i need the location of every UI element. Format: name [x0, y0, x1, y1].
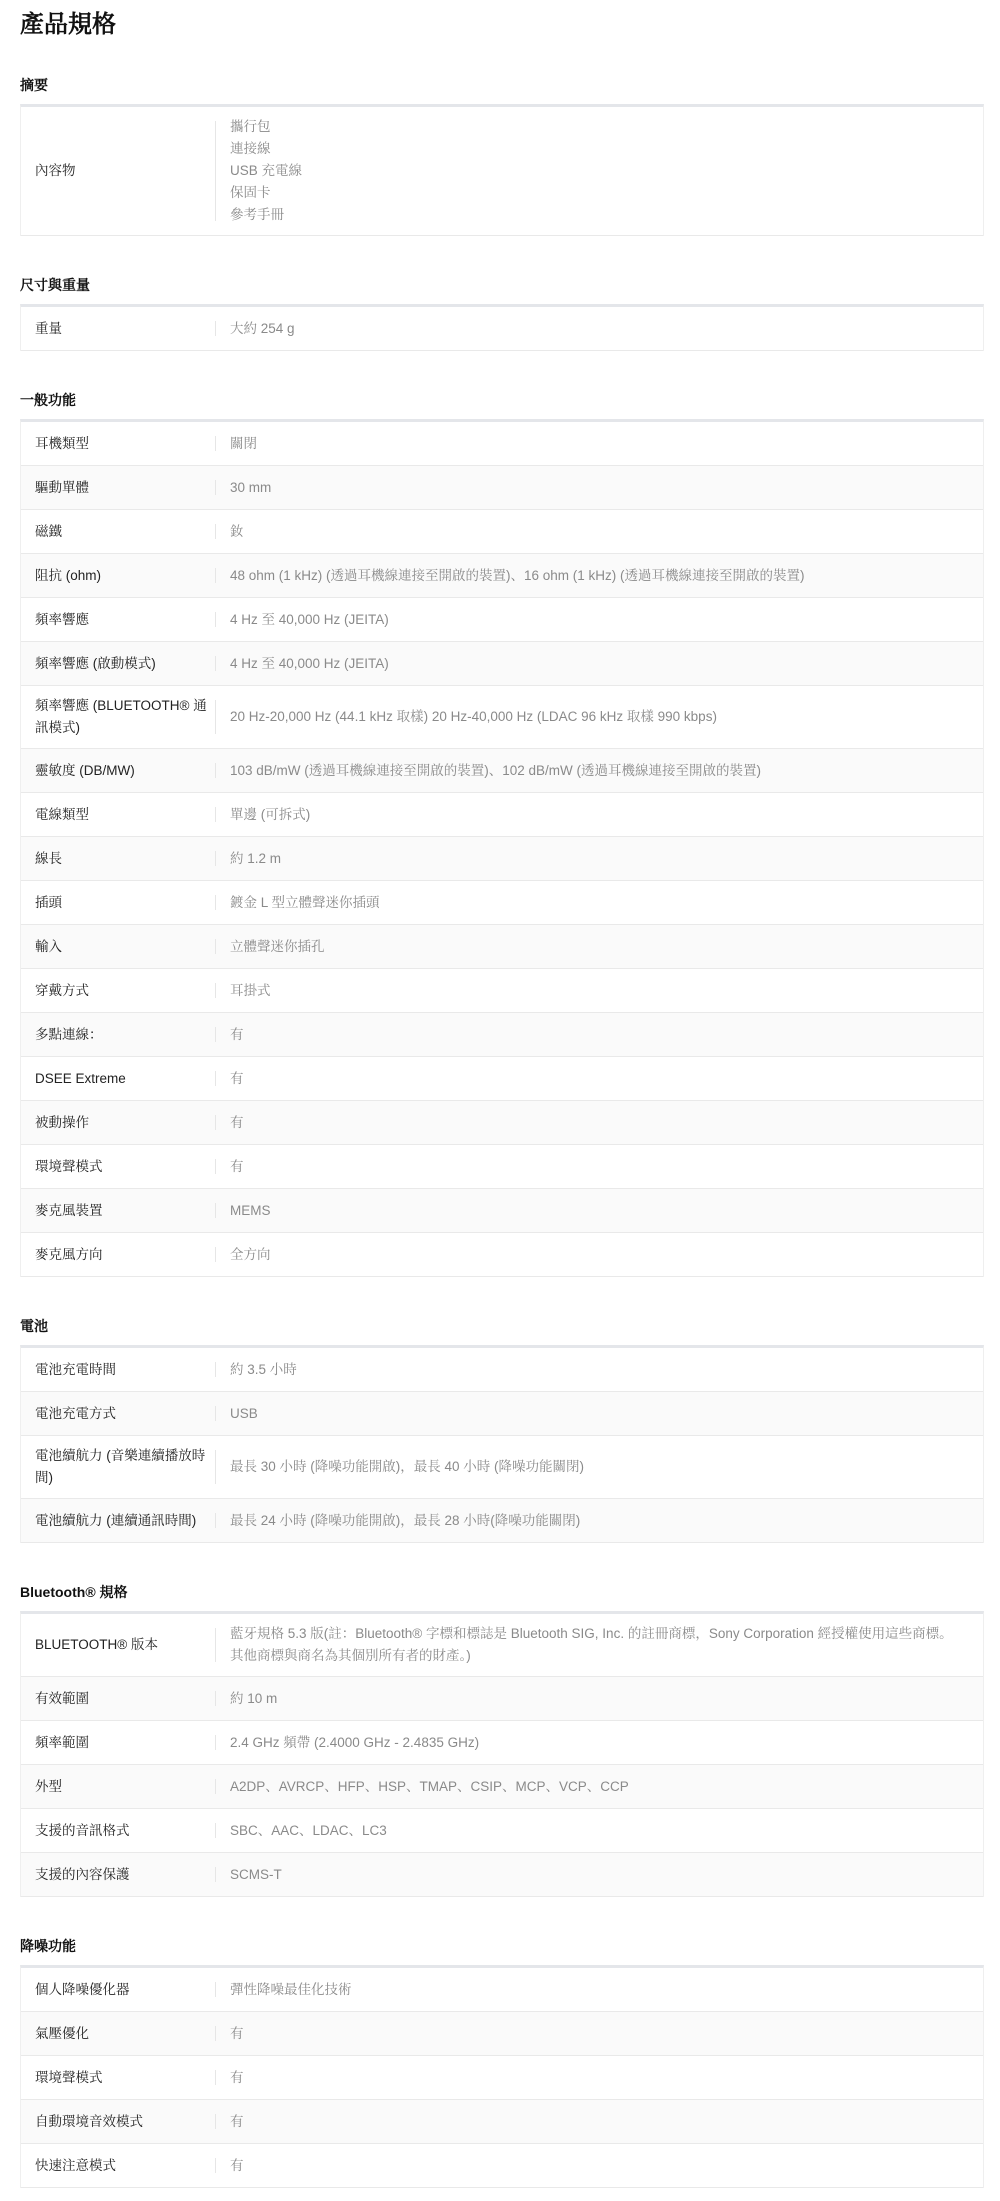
spec-row: 插頭 鍍金 L 型立體聲迷你插頭	[21, 881, 983, 925]
spec-label: 頻率響應 (BLUETOOTH® 通訊模式)	[21, 686, 215, 748]
spec-row: 環境聲模式 有	[21, 2056, 983, 2100]
spec-value: 單邊 (可拆式)	[216, 795, 983, 835]
spec-value: USB	[216, 1394, 983, 1434]
spec-value: 鍍金 L 型立體聲迷你插頭	[216, 883, 983, 923]
spec-value-line: 單邊 (可拆式)	[230, 804, 963, 826]
spec-row: 重量 大約 254 g	[21, 307, 983, 351]
spec-table: 內容物 攜行包連接線USB 充電線保固卡參考手冊	[20, 104, 984, 236]
section-title: Bluetooth® 規格	[20, 1583, 982, 1601]
spec-value: MEMS	[216, 1191, 983, 1231]
spec-row: 個人降噪優化器 彈性降噪最佳化技術	[21, 1968, 983, 2012]
spec-value-line: 約 3.5 小時	[230, 1359, 963, 1381]
spec-row: 被動操作 有	[21, 1101, 983, 1145]
spec-label: 有效範圍	[21, 1679, 215, 1719]
spec-label: 被動操作	[21, 1103, 215, 1143]
spec-value-line: 有	[230, 2023, 963, 2045]
spec-row: 電池充電時間 約 3.5 小時	[21, 1348, 983, 1392]
spec-label: 輸入	[21, 927, 215, 967]
spec-label: 耳機類型	[21, 424, 215, 464]
spec-value: 有	[216, 1147, 983, 1187]
spec-value: 最長 24 小時 (降噪功能開啟)，最長 28 小時(降噪功能關閉)	[216, 1501, 983, 1541]
spec-value-line: USB 充電線	[230, 160, 963, 182]
spec-value-line: A2DP、AVRCP、HFP、HSP、TMAP、CSIP、MCP、VCP、CCP	[230, 1776, 963, 1798]
spec-value: 立體聲迷你插孔	[216, 927, 983, 967]
spec-row: 線長 約 1.2 m	[21, 837, 983, 881]
spec-value-line: 約 1.2 m	[230, 848, 963, 870]
spec-label: 麥克風方向	[21, 1235, 215, 1275]
page-title: 產品規格	[20, 0, 982, 40]
spec-table: BLUETOOTH® 版本 藍牙規格 5.3 版(註：Bluetooth® 字標…	[20, 1611, 984, 1897]
spec-value: 藍牙規格 5.3 版(註：Bluetooth® 字標和標誌是 Bluetooth…	[216, 1614, 983, 1676]
spec-row: 穿戴方式 耳掛式	[21, 969, 983, 1013]
spec-section-3: 電池 電池充電時間 約 3.5 小時 電池充電方式 USB 電池續航力 (音樂連…	[20, 1317, 982, 1543]
spec-label: 內容物	[21, 151, 215, 191]
spec-row: 快速注意模式 有	[21, 2144, 983, 2188]
spec-value: 2.4 GHz 頻帶 (2.4000 GHz - 2.4835 GHz)	[216, 1723, 983, 1763]
spec-section-4: Bluetooth® 規格 BLUETOOTH® 版本 藍牙規格 5.3 版(註…	[20, 1583, 982, 1897]
spec-value-line: 有	[230, 2067, 963, 2089]
spec-row: 驅動單體 30 mm	[21, 466, 983, 510]
spec-value: 約 10 m	[216, 1679, 983, 1719]
spec-label: DSEE Extreme	[21, 1059, 215, 1099]
spec-value: SBC、AAC、LDAC、LC3	[216, 1811, 983, 1851]
spec-value-line: 有	[230, 2111, 963, 2133]
spec-label: 靈敏度 (DB/MW)	[21, 751, 215, 791]
spec-sections: 摘要 內容物 攜行包連接線USB 充電線保固卡參考手冊 尺寸與重量 重量 大約 …	[20, 76, 982, 2188]
spec-label: 驅動單體	[21, 468, 215, 508]
spec-value-line: 釹	[230, 521, 963, 543]
spec-label: 重量	[21, 309, 215, 349]
spec-value: 約 3.5 小時	[216, 1350, 983, 1390]
spec-row: 頻率響應 4 Hz 至 40,000 Hz (JEITA)	[21, 598, 983, 642]
spec-label: 自動環境音效模式	[21, 2102, 215, 2142]
spec-section-0: 摘要 內容物 攜行包連接線USB 充電線保固卡參考手冊	[20, 76, 982, 236]
spec-row: 頻率響應 (啟動模式) 4 Hz 至 40,000 Hz (JEITA)	[21, 642, 983, 686]
spec-value-line: 立體聲迷你插孔	[230, 936, 963, 958]
spec-value: 約 1.2 m	[216, 839, 983, 879]
spec-label: 線長	[21, 839, 215, 879]
spec-value: 有	[216, 1059, 983, 1099]
section-title: 摘要	[20, 76, 982, 94]
spec-row: 阻抗 (ohm) 48 ohm (1 kHz) (透過耳機線連接至開啟的裝置)、…	[21, 554, 983, 598]
spec-label: 支援的音訊格式	[21, 1811, 215, 1851]
spec-page: 產品規格 摘要 內容物 攜行包連接線USB 充電線保固卡參考手冊 尺寸與重量 重…	[0, 0, 1000, 2188]
spec-row: BLUETOOTH® 版本 藍牙規格 5.3 版(註：Bluetooth® 字標…	[21, 1614, 983, 1677]
spec-table: 電池充電時間 約 3.5 小時 電池充電方式 USB 電池續航力 (音樂連續播放…	[20, 1345, 984, 1543]
spec-value-line: 有	[230, 1156, 963, 1178]
spec-value-line: 大約 254 g	[230, 318, 963, 340]
spec-label: BLUETOOTH® 版本	[21, 1625, 215, 1665]
spec-section-1: 尺寸與重量 重量 大約 254 g	[20, 276, 982, 351]
spec-value-line: 攜行包	[230, 116, 963, 138]
spec-value-line: 30 mm	[230, 477, 963, 499]
spec-value-line: USB	[230, 1403, 963, 1425]
spec-value: 有	[216, 2102, 983, 2142]
spec-value: 48 ohm (1 kHz) (透過耳機線連接至開啟的裝置)、16 ohm (1…	[216, 556, 983, 596]
spec-value-line: 鍍金 L 型立體聲迷你插頭	[230, 892, 963, 914]
spec-value: 全方向	[216, 1235, 983, 1275]
spec-value: SCMS-T	[216, 1855, 983, 1895]
spec-value-line: 有	[230, 1024, 963, 1046]
spec-row: 耳機類型 關閉	[21, 422, 983, 466]
spec-row: 支援的音訊格式 SBC、AAC、LDAC、LC3	[21, 1809, 983, 1853]
spec-value: 4 Hz 至 40,000 Hz (JEITA)	[216, 644, 983, 684]
section-title: 一般功能	[20, 391, 982, 409]
spec-label: 頻率範圍	[21, 1723, 215, 1763]
spec-value-line: 參考手冊	[230, 204, 963, 226]
spec-row: 輸入 立體聲迷你插孔	[21, 925, 983, 969]
spec-label: 穿戴方式	[21, 971, 215, 1011]
spec-label: 環境聲模式	[21, 1147, 215, 1187]
spec-row: 氣壓優化 有	[21, 2012, 983, 2056]
spec-value-line: 4 Hz 至 40,000 Hz (JEITA)	[230, 609, 963, 631]
spec-value: 4 Hz 至 40,000 Hz (JEITA)	[216, 600, 983, 640]
spec-row: 頻率響應 (BLUETOOTH® 通訊模式) 20 Hz-20,000 Hz (…	[21, 686, 983, 749]
spec-row: 支援的內容保護 SCMS-T	[21, 1853, 983, 1897]
spec-value-line: 最長 30 小時 (降噪功能開啟)，最長 40 小時 (降噪功能關閉)	[230, 1456, 963, 1478]
spec-label: 電池續航力 (連續通訊時間)	[21, 1501, 215, 1541]
spec-value: 彈性降噪最佳化技術	[216, 1970, 983, 2010]
spec-value: 關閉	[216, 424, 983, 464]
spec-label: 阻抗 (ohm)	[21, 556, 215, 596]
spec-row: 磁鐵 釹	[21, 510, 983, 554]
section-title: 降噪功能	[20, 1937, 982, 1955]
spec-value-line: 有	[230, 1068, 963, 1090]
spec-value-line: 彈性降噪最佳化技術	[230, 1979, 963, 2001]
section-title: 電池	[20, 1317, 982, 1335]
spec-value: 有	[216, 2014, 983, 2054]
spec-label: 多點連線：	[21, 1015, 215, 1055]
spec-value: 有	[216, 2058, 983, 2098]
spec-label: 頻率響應 (啟動模式)	[21, 644, 215, 684]
spec-value: 有	[216, 1015, 983, 1055]
spec-value-line: 關閉	[230, 433, 963, 455]
spec-section-5: 降噪功能 個人降噪優化器 彈性降噪最佳化技術 氣壓優化 有 環境聲模式 有 自動…	[20, 1937, 982, 2188]
spec-label: 磁鐵	[21, 512, 215, 552]
spec-row: 多點連線： 有	[21, 1013, 983, 1057]
spec-row: 麥克風方向 全方向	[21, 1233, 983, 1277]
spec-label: 電池充電時間	[21, 1350, 215, 1390]
spec-value-line: 保固卡	[230, 182, 963, 204]
spec-value-line: 最長 24 小時 (降噪功能開啟)，最長 28 小時(降噪功能關閉)	[230, 1510, 963, 1532]
spec-value-line: 有	[230, 1112, 963, 1134]
spec-value-line: 藍牙規格 5.3 版(註：Bluetooth® 字標和標誌是 Bluetooth…	[230, 1623, 963, 1667]
spec-value: 最長 30 小時 (降噪功能開啟)，最長 40 小時 (降噪功能關閉)	[216, 1447, 983, 1487]
spec-value: 耳掛式	[216, 971, 983, 1011]
spec-row: DSEE Extreme 有	[21, 1057, 983, 1101]
spec-row: 有效範圍 約 10 m	[21, 1677, 983, 1721]
spec-value-line: 48 ohm (1 kHz) (透過耳機線連接至開啟的裝置)、16 ohm (1…	[230, 565, 963, 587]
spec-table: 耳機類型 關閉 驅動單體 30 mm 磁鐵 釹 阻抗 (ohm) 48 ohm …	[20, 419, 984, 1277]
spec-label: 個人降噪優化器	[21, 1970, 215, 2010]
spec-value: 大約 254 g	[216, 309, 983, 349]
spec-value-line: SCMS-T	[230, 1864, 963, 1886]
spec-label: 氣壓優化	[21, 2014, 215, 2054]
spec-value: 20 Hz-20,000 Hz (44.1 kHz 取樣) 20 Hz-40,0…	[216, 697, 983, 737]
spec-value: 有	[216, 2146, 983, 2186]
section-title: 尺寸與重量	[20, 276, 982, 294]
spec-value: A2DP、AVRCP、HFP、HSP、TMAP、CSIP、MCP、VCP、CCP	[216, 1767, 983, 1807]
spec-label: 電池充電方式	[21, 1394, 215, 1434]
spec-value-line: 耳掛式	[230, 980, 963, 1002]
spec-row: 靈敏度 (DB/MW) 103 dB/mW (透過耳機線連接至開啟的裝置)、10…	[21, 749, 983, 793]
spec-row: 外型 A2DP、AVRCP、HFP、HSP、TMAP、CSIP、MCP、VCP、…	[21, 1765, 983, 1809]
spec-value: 30 mm	[216, 468, 983, 508]
spec-table: 重量 大約 254 g	[20, 304, 984, 351]
spec-label: 頻率響應	[21, 600, 215, 640]
spec-value-line: 全方向	[230, 1244, 963, 1266]
spec-label: 插頭	[21, 883, 215, 923]
spec-value-line: SBC、AAC、LDAC、LC3	[230, 1820, 963, 1842]
spec-row: 電池充電方式 USB	[21, 1392, 983, 1436]
spec-value-line: 4 Hz 至 40,000 Hz (JEITA)	[230, 653, 963, 675]
spec-value: 攜行包連接線USB 充電線保固卡參考手冊	[216, 107, 983, 235]
spec-row: 環境聲模式 有	[21, 1145, 983, 1189]
spec-label: 電池續航力 (音樂連續播放時間)	[21, 1436, 215, 1498]
spec-value: 釹	[216, 512, 983, 552]
spec-label: 支援的內容保護	[21, 1855, 215, 1895]
spec-row: 頻率範圍 2.4 GHz 頻帶 (2.4000 GHz - 2.4835 GHz…	[21, 1721, 983, 1765]
spec-row: 電池續航力 (連續通訊時間) 最長 24 小時 (降噪功能開啟)，最長 28 小…	[21, 1499, 983, 1543]
spec-value-line: 約 10 m	[230, 1688, 963, 1710]
spec-label: 電線類型	[21, 795, 215, 835]
spec-value-line: 2.4 GHz 頻帶 (2.4000 GHz - 2.4835 GHz)	[230, 1732, 963, 1754]
spec-value-line: 103 dB/mW (透過耳機線連接至開啟的裝置)、102 dB/mW (透過耳…	[230, 760, 963, 782]
spec-row: 電線類型 單邊 (可拆式)	[21, 793, 983, 837]
spec-row: 麥克風裝置 MEMS	[21, 1189, 983, 1233]
spec-value-line: 有	[230, 2155, 963, 2177]
spec-label: 麥克風裝置	[21, 1191, 215, 1231]
spec-label: 快速注意模式	[21, 2146, 215, 2186]
spec-table: 個人降噪優化器 彈性降噪最佳化技術 氣壓優化 有 環境聲模式 有 自動環境音效模…	[20, 1965, 984, 2188]
spec-section-2: 一般功能 耳機類型 關閉 驅動單體 30 mm 磁鐵 釹 阻抗 (ohm) 48…	[20, 391, 982, 1277]
spec-row: 自動環境音效模式 有	[21, 2100, 983, 2144]
spec-label: 外型	[21, 1767, 215, 1807]
spec-label: 環境聲模式	[21, 2058, 215, 2098]
spec-value: 有	[216, 1103, 983, 1143]
spec-row: 內容物 攜行包連接線USB 充電線保固卡參考手冊	[21, 107, 983, 236]
spec-value: 103 dB/mW (透過耳機線連接至開啟的裝置)、102 dB/mW (透過耳…	[216, 751, 983, 791]
spec-value-line: 20 Hz-20,000 Hz (44.1 kHz 取樣) 20 Hz-40,0…	[230, 706, 963, 728]
spec-row: 電池續航力 (音樂連續播放時間) 最長 30 小時 (降噪功能開啟)，最長 40…	[21, 1436, 983, 1499]
spec-value-line: MEMS	[230, 1200, 963, 1222]
spec-value-line: 連接線	[230, 138, 963, 160]
